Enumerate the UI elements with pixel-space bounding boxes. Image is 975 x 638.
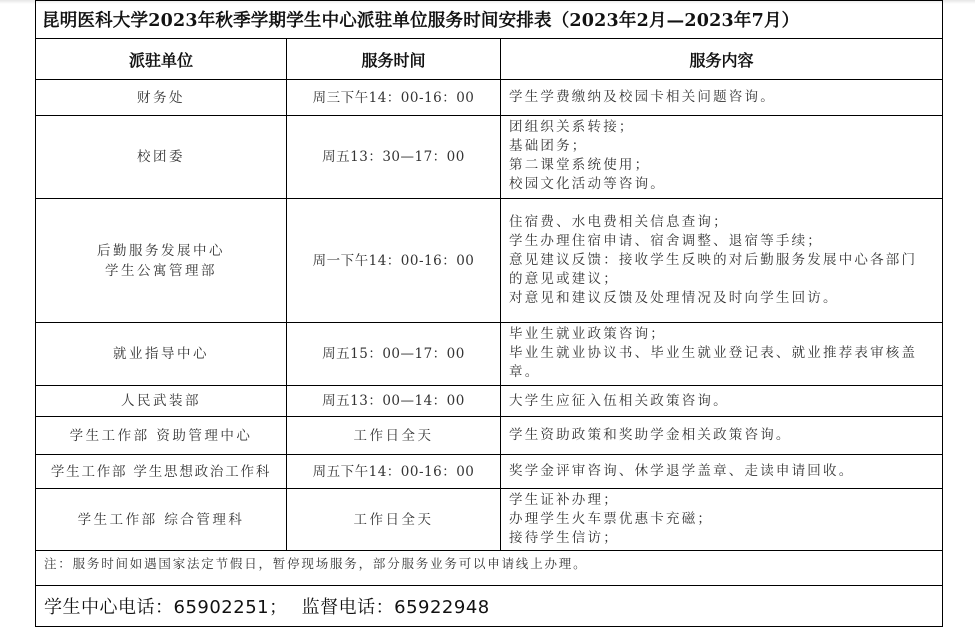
unit-line: 财务处 xyxy=(36,88,286,108)
table-row: 就业指导中心 周五15：00—17：00 毕业生就业政策咨询； 毕业生就业协议书… xyxy=(36,323,943,386)
content-line: 学生资助政策和奖助学金相关政策咨询。 xyxy=(509,426,934,445)
content-cell: 学生资助政策和奖助学金相关政策咨询。 xyxy=(501,417,943,455)
content-cell: 毕业生就业政策咨询； 毕业生就业协议书、毕业生就业登记表、就业推荐表审核盖 章。 xyxy=(501,323,943,386)
student-center-phone: 学生中心电话：65902251； xyxy=(44,597,288,618)
unit-line: 学生工作部 资助管理中心 xyxy=(36,426,286,446)
content-line: 团组织关系转接； xyxy=(509,118,934,137)
time-cell: 周一下午14：00-16：00 xyxy=(287,199,501,323)
content-cell: 学生证补办理； 办理学生火车票优惠卡充磁； 接待学生信访； xyxy=(501,489,943,551)
column-header-content: 服务内容 xyxy=(501,39,943,80)
column-header-unit: 派驻单位 xyxy=(36,39,287,80)
content-cell: 奖学金评审咨询、休学退学盖章、走读申请回收。 xyxy=(501,455,943,489)
content-line: 学生证补办理； xyxy=(509,491,934,510)
content-line: 毕业生就业协议书、毕业生就业登记表、就业推荐表审核盖 xyxy=(509,344,934,363)
content-line: 学生办理住宿申请、宿舍调整、退宿等手续； xyxy=(509,232,934,251)
table-row: 人民武装部 周五13：00—14：00 大学生应征入伍相关政策咨询。 xyxy=(36,386,943,417)
content-line: 校园文化活动等咨询。 xyxy=(509,175,934,194)
content-line: 毕业生就业政策咨询； xyxy=(509,325,934,344)
header-row: 派驻单位 服务时间 服务内容 xyxy=(36,39,943,80)
table-row: 学生工作部 综合管理科 工作日全天 学生证补办理； 办理学生火车票优惠卡充磁； … xyxy=(36,489,943,551)
footnote: 注：服务时间如遇国家法定节假日，暂停现场服务，部分服务业务可以申请线上办理。 xyxy=(36,551,943,586)
time-cell: 周五15：00—17：00 xyxy=(287,323,501,386)
unit-cell: 学生工作部 资助管理中心 xyxy=(36,417,287,455)
content-line: 基础团务； xyxy=(509,137,934,156)
time-cell: 周五下午14：00-16：00 xyxy=(287,455,501,489)
time-cell: 周五13：30—17：00 xyxy=(287,116,501,199)
content-line: 奖学金评审咨询、休学退学盖章、走读申请回收。 xyxy=(509,462,934,481)
content-line: 第二课堂系统使用； xyxy=(509,156,934,175)
unit-cell: 后勤服务发展中心 学生公寓管理部 xyxy=(36,199,287,323)
unit-cell: 校团委 xyxy=(36,116,287,199)
content-line: 意见建议反馈：接收学生反映的对后勤服务发展中心各部门 xyxy=(509,251,934,270)
unit-cell: 财务处 xyxy=(36,80,287,116)
table-row: 财务处 周三下午14：00-16：00 学生学费缴纳及校园卡相关问题咨询。 xyxy=(36,80,943,116)
content-line: 章。 xyxy=(509,363,934,382)
unit-line: 学生工作部 综合管理科 xyxy=(36,510,286,530)
content-line: 大学生应征入伍相关政策咨询。 xyxy=(509,392,934,411)
unit-line: 就业指导中心 xyxy=(36,344,286,364)
table-row: 校团委 周五13：30—17：00 团组织关系转接； 基础团务； 第二课堂系统使… xyxy=(36,116,943,199)
time-cell: 工作日全天 xyxy=(287,489,501,551)
unit-cell: 就业指导中心 xyxy=(36,323,287,386)
table-row: 学生工作部 学生思想政治工作科 周五下午14：00-16：00 奖学金评审咨询、… xyxy=(36,455,943,489)
content-line: 接待学生信访； xyxy=(509,529,934,548)
time-cell: 工作日全天 xyxy=(287,417,501,455)
content-line: 住宿费、水电费相关信息查询； xyxy=(509,213,934,232)
content-cell: 大学生应征入伍相关政策咨询。 xyxy=(501,386,943,417)
unit-cell: 学生工作部 学生思想政治工作科 xyxy=(36,455,287,489)
unit-cell: 人民武装部 xyxy=(36,386,287,417)
time-cell: 周三下午14：00-16：00 xyxy=(287,80,501,116)
content-cell: 团组织关系转接； 基础团务； 第二课堂系统使用； 校园文化活动等咨询。 xyxy=(501,116,943,199)
document-title: 昆明医科大学2023年秋季学期学生中心派驻单位服务时间安排表（2023年2月—2… xyxy=(36,1,943,39)
schedule-table: 昆明医科大学2023年秋季学期学生中心派驻单位服务时间安排表（2023年2月—2… xyxy=(35,0,943,627)
time-cell: 周五13：00—14：00 xyxy=(287,386,501,417)
supervision-phone: 监督电话：65922948 xyxy=(302,597,490,618)
unit-line: 学生公寓管理部 xyxy=(36,261,286,281)
unit-line: 后勤服务发展中心 xyxy=(36,241,286,261)
content-cell: 住宿费、水电费相关信息查询； 学生办理住宿申请、宿舍调整、退宿等手续； 意见建议… xyxy=(501,199,943,323)
unit-line: 校团委 xyxy=(36,147,286,167)
content-line: 的意见或建议； xyxy=(509,270,934,289)
content-cell: 学生学费缴纳及校园卡相关问题咨询。 xyxy=(501,80,943,116)
table-row: 学生工作部 资助管理中心 工作日全天 学生资助政策和奖助学金相关政策咨询。 xyxy=(36,417,943,455)
table-row: 后勤服务发展中心 学生公寓管理部 周一下午14：00-16：00 住宿费、水电费… xyxy=(36,199,943,323)
content-line: 对意见和建议反馈及处理情况及时向学生回访。 xyxy=(509,289,934,308)
unit-line: 人民武装部 xyxy=(36,391,286,411)
unit-line: 学生工作部 学生思想政治工作科 xyxy=(36,462,286,482)
unit-cell: 学生工作部 综合管理科 xyxy=(36,489,287,551)
content-line: 办理学生火车票优惠卡充磁； xyxy=(509,510,934,529)
contact-phones: 学生中心电话：65902251；监督电话：65922948 xyxy=(36,586,943,627)
content-line: 学生学费缴纳及校园卡相关问题咨询。 xyxy=(509,88,934,107)
column-header-time: 服务时间 xyxy=(287,39,501,80)
